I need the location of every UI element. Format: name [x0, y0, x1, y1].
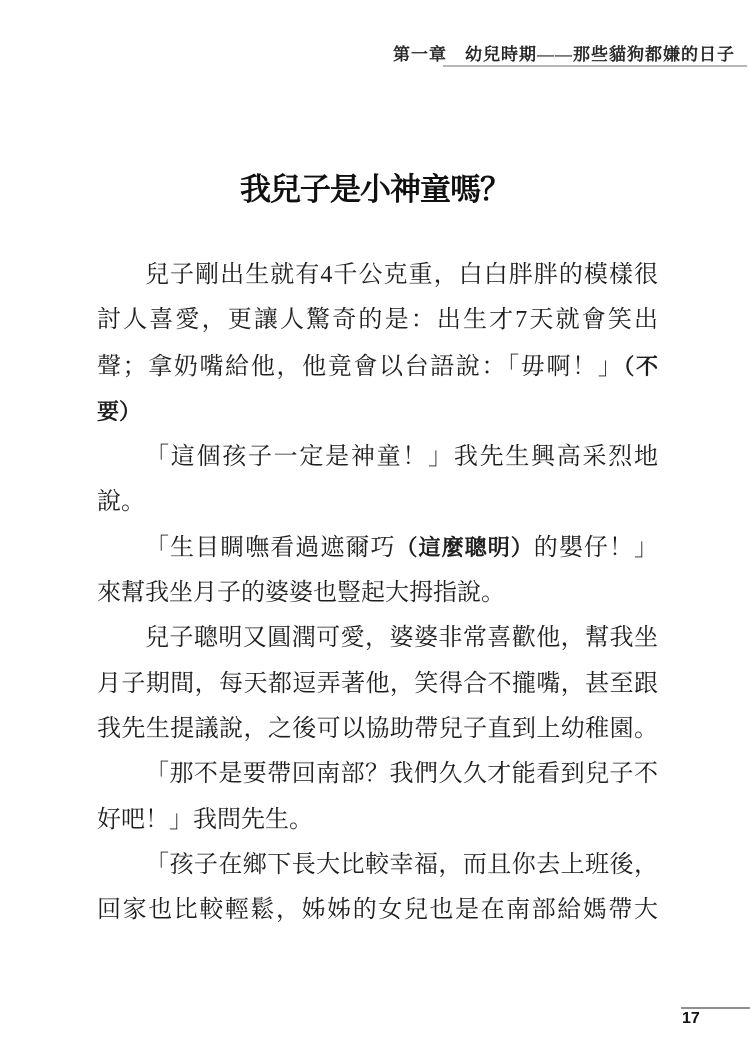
running-header: 第一章 幼兒時期——那些貓狗都嫌的日子 — [393, 40, 735, 65]
text-line: 「這個孩子一定是神童！」我先生興高采烈地 — [97, 435, 658, 480]
body-text-segment: 「生目睭嘸看過遮爾巧 — [145, 535, 396, 561]
body-text-segment: 好吧！」我問先生。 — [97, 807, 313, 833]
body-text-segment: 討人喜愛，更讓人驚奇的是：出生才7天就會笑出 — [97, 307, 658, 333]
emphasis-text: （這麼聰明） — [396, 535, 534, 560]
body-text-segment: 「那不是要帶回南部？我們久久才能看到兒子不 — [145, 761, 658, 787]
text-line: 好吧！」我問先生。 — [97, 798, 658, 843]
paragraph: 「孩子在鄉下長大比較幸福，而且你去上班後，回家也比較輕鬆，姊姊的女兒也是在南部給… — [97, 843, 658, 934]
body-text-segment: 月子期間，每天都逗弄著他，笑得合不攏嘴，甚至跟 — [97, 671, 658, 697]
chapter-title: 第一章 幼兒時期——那些貓狗都嫌的日子 — [393, 45, 735, 64]
body-text-segment: 聲；拿奶嘴給他，他竟會以台語說：「毋啊！」 — [97, 354, 623, 380]
paragraph: 「生目睭嘸看過遮爾巧（這麼聰明）的嬰仔！」來幫我坐月子的婆婆也豎起大拇指說。 — [97, 525, 658, 616]
emphasis-text: （不 — [623, 354, 658, 379]
book-page: 第一章 幼兒時期——那些貓狗都嫌的日子 我兒子是小神童嗎？ 兒子剛出生就有4千公… — [0, 0, 750, 1064]
body-text-segment: 回家也比較輕鬆，姊姊的女兒也是在南部給媽帶大 — [97, 897, 658, 923]
body-text-segment: 說。 — [97, 489, 145, 515]
text-line: 要） — [97, 389, 658, 434]
paragraph: 「那不是要帶回南部？我們久久才能看到兒子不好吧！」我問先生。 — [97, 752, 658, 843]
text-line: 月子期間，每天都逗弄著他，笑得合不攏嘴，甚至跟 — [97, 662, 658, 707]
footer-rule — [681, 1007, 750, 1009]
text-line: 「生目睭嘸看過遮爾巧（這麼聰明）的嬰仔！」 — [97, 525, 658, 570]
emphasis-text: 要） — [97, 399, 141, 424]
paragraph: 「這個孩子一定是神童！」我先生興高采烈地說。 — [97, 435, 658, 526]
body-text-segment: 兒子聰明又圓潤可愛，婆婆非常喜歡他，幫我坐 — [145, 625, 658, 651]
body-text-segment: 來幫我坐月子的婆婆也豎起大拇指說。 — [97, 580, 505, 606]
text-line: 聲；拿奶嘴給他，他竟會以台語說：「毋啊！」（不 — [97, 344, 658, 389]
text-line: 來幫我坐月子的婆婆也豎起大拇指說。 — [97, 571, 658, 616]
body-text-segment: 「這個孩子一定是神童！」我先生興高采烈地 — [145, 444, 658, 470]
page-number: 17 — [682, 1010, 700, 1028]
body-text-segment: 「孩子在鄉下長大比較幸福，而且你去上班後， — [145, 852, 658, 878]
text-line: 討人喜愛，更讓人驚奇的是：出生才7天就會笑出 — [97, 298, 658, 343]
paragraph: 兒子剛出生就有4千公克重，白白胖胖的模樣很討人喜愛，更讓人驚奇的是：出生才7天就… — [97, 253, 658, 435]
body-text: 兒子剛出生就有4千公克重，白白胖胖的模樣很討人喜愛，更讓人驚奇的是：出生才7天就… — [97, 253, 658, 934]
page-title: 我兒子是小神童嗎？ — [0, 164, 750, 209]
text-line: 回家也比較輕鬆，姊姊的女兒也是在南部給媽帶大 — [97, 888, 658, 933]
paragraph: 兒子聰明又圓潤可愛，婆婆非常喜歡他，幫我坐月子期間，每天都逗弄著他，笑得合不攏嘴… — [97, 616, 658, 752]
body-text-segment: 的嬰仔！」 — [534, 535, 658, 561]
text-line: 兒子剛出生就有4千公克重，白白胖胖的模樣很 — [97, 253, 658, 298]
text-line: 兒子聰明又圓潤可愛，婆婆非常喜歡他，幫我坐 — [97, 616, 658, 661]
text-line: 說。 — [97, 480, 658, 525]
header-rule — [443, 65, 747, 67]
text-line: 「孩子在鄉下長大比較幸福，而且你去上班後， — [97, 843, 658, 888]
body-text-segment: 我先生提議說，之後可以協助帶兒子直到上幼稚園。 — [97, 716, 658, 742]
text-line: 我先生提議說，之後可以協助帶兒子直到上幼稚園。 — [97, 707, 658, 752]
text-line: 「那不是要帶回南部？我們久久才能看到兒子不 — [97, 752, 658, 797]
body-text-segment: 兒子剛出生就有4千公克重，白白胖胖的模樣很 — [145, 262, 658, 288]
